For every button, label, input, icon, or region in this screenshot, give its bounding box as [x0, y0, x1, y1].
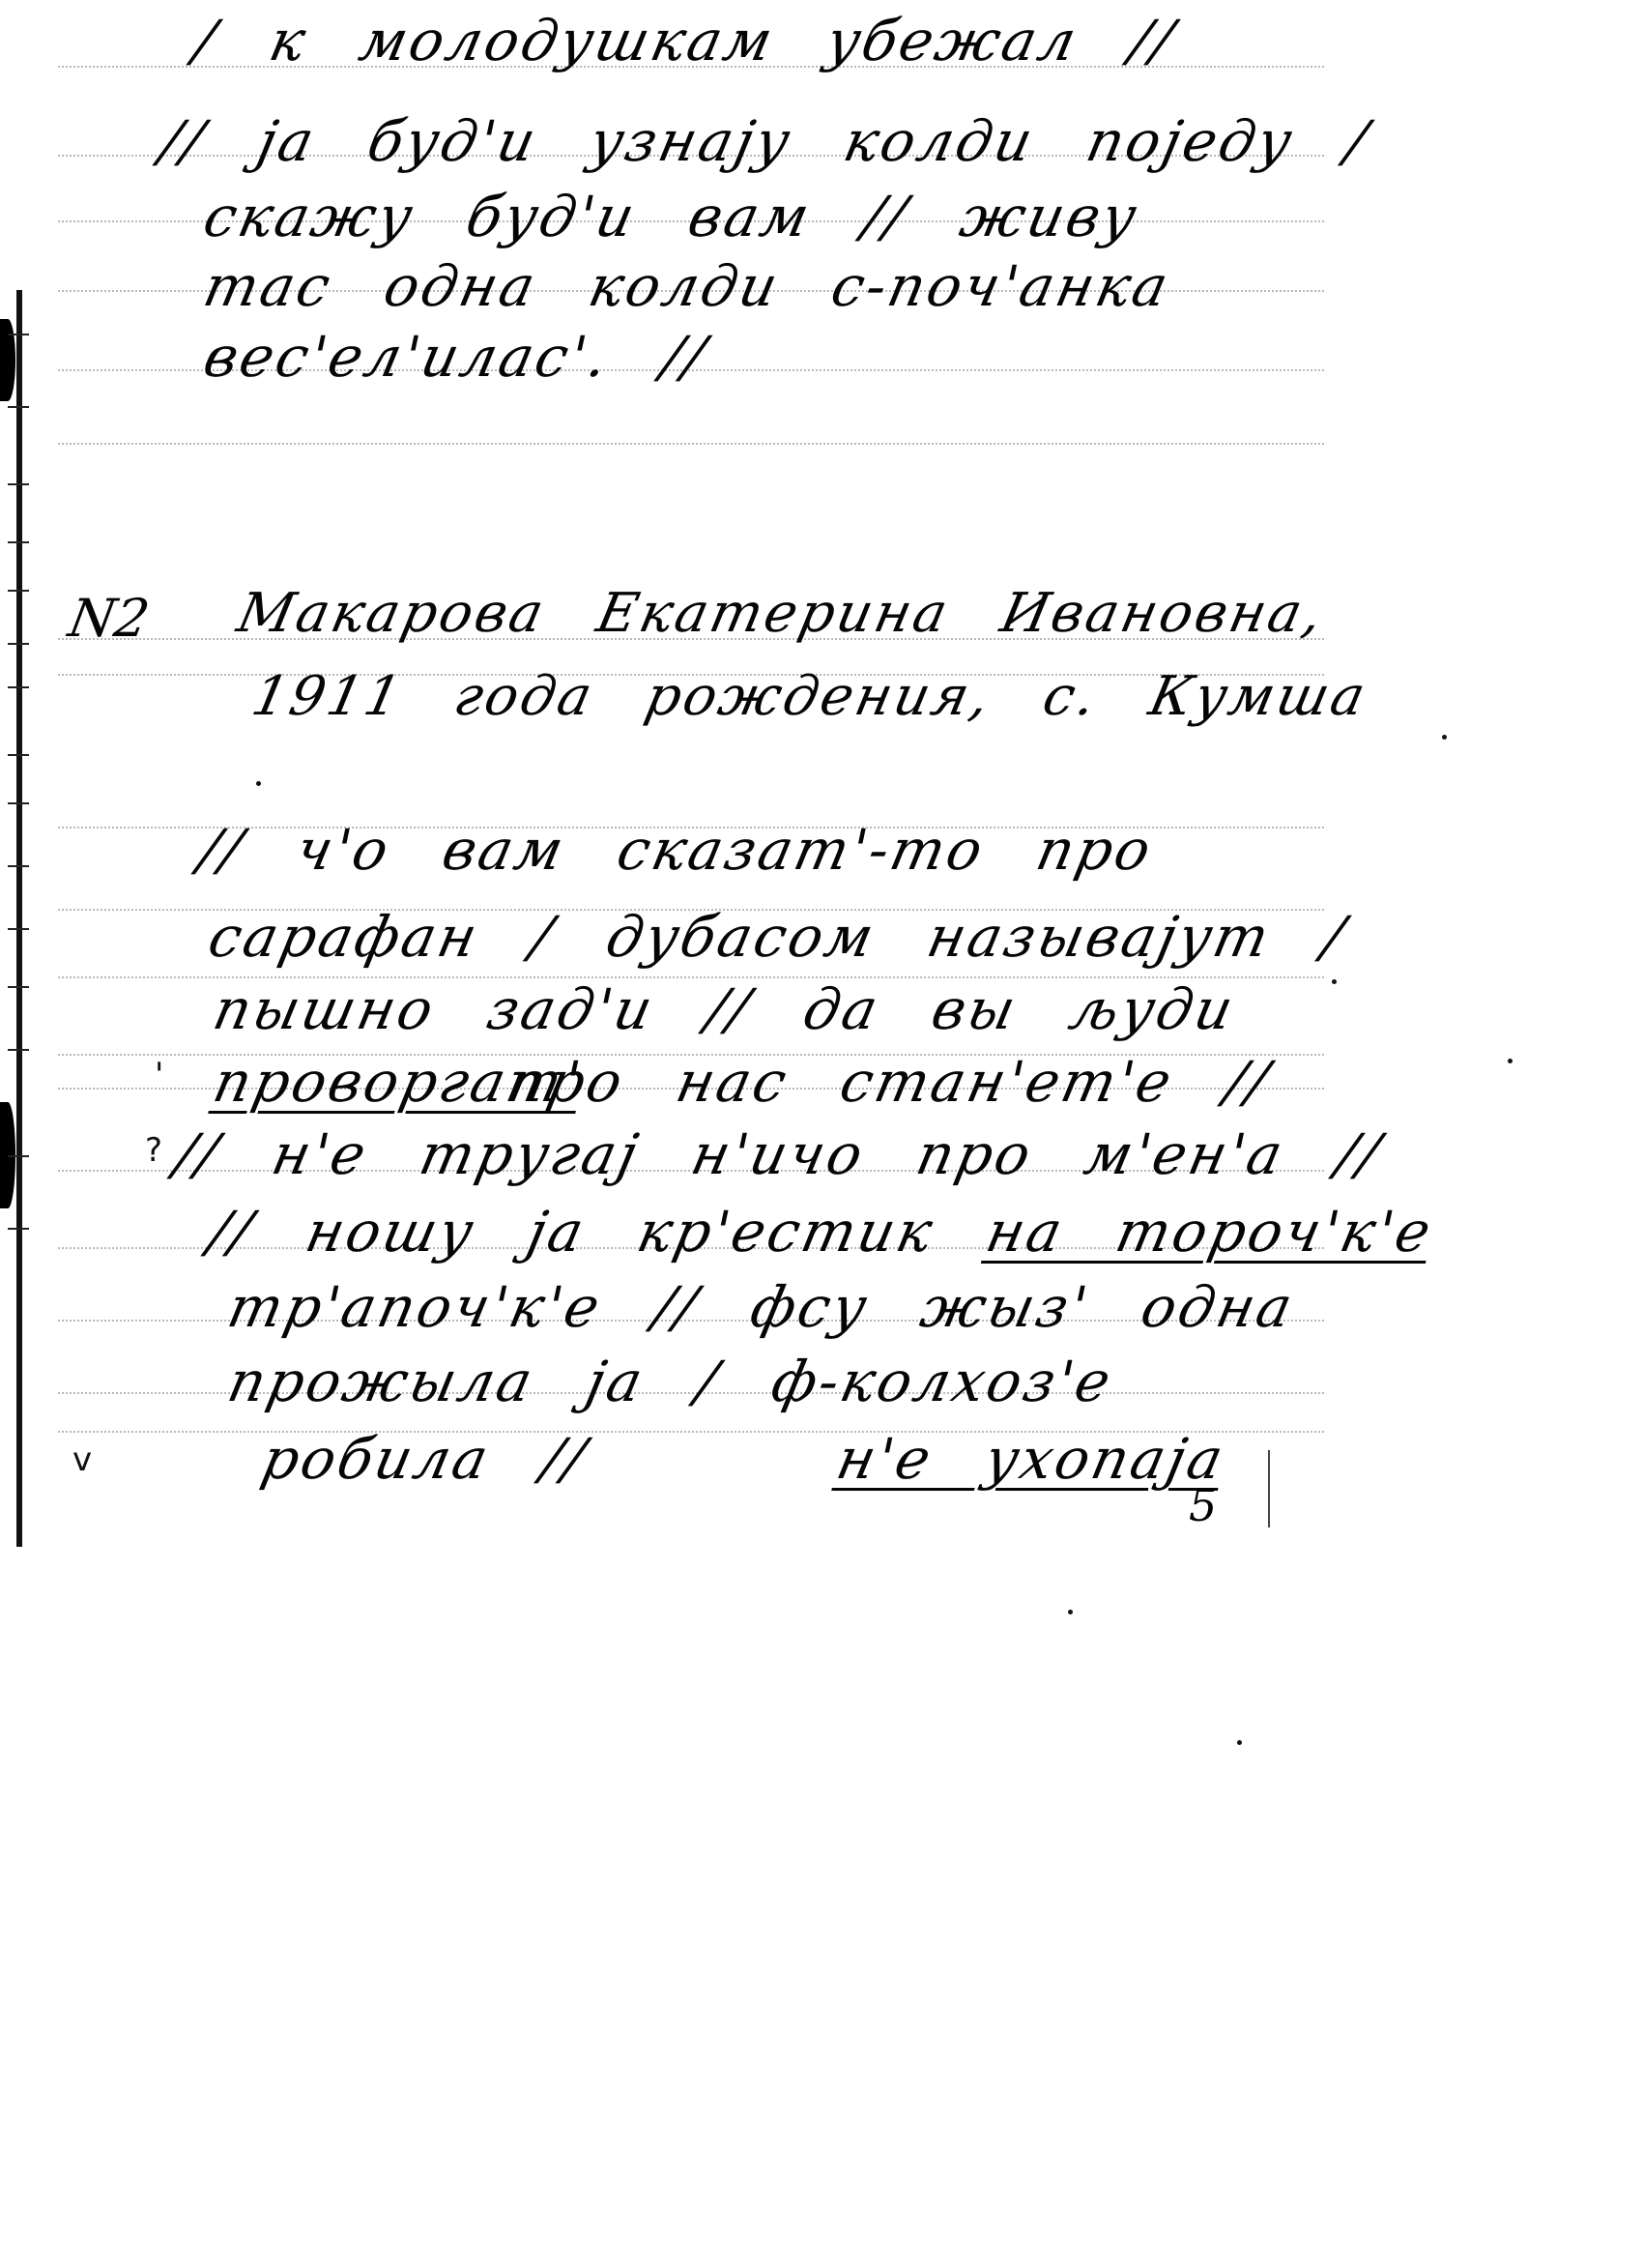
text-line: / к молодушкам убежал //: [188, 8, 1182, 73]
binding-margin: [16, 290, 22, 1547]
text-line: // н'е тругај н'ичо про м'ен'а //: [169, 1121, 1388, 1187]
page-number: 5: [1189, 1479, 1217, 1531]
margin-mark: ?: [145, 1131, 162, 1170]
text-line: // ч'о вам сказат'-то про: [193, 817, 1159, 883]
informant-name: Макарова Екатерина Ивановна,: [232, 582, 1331, 645]
informant-details: 1911 года рождения, с. Кумша: [246, 665, 1373, 728]
text-line: // ја буд'и узнају колди поједу /: [155, 108, 1376, 174]
text-line: н'е ухоnаја: [831, 1426, 1231, 1492]
binding-shadow: [0, 319, 15, 401]
entry-number: N2: [64, 588, 154, 649]
text-line: пышно зад'и // да вы људи: [208, 976, 1242, 1042]
margin-mark: v: [72, 1440, 92, 1479]
text-line: про нас стан'ет'е //: [503, 1049, 1277, 1115]
text-line: прожыла ја / ф-колхоз'е: [222, 1349, 1119, 1414]
text-line: // ношу ја кр'естик на тороч'к'е: [203, 1199, 1439, 1265]
text-line: тр'апоч'к'е // фсу жыз' одна: [222, 1274, 1301, 1340]
underlined-word: на тороч'к'е: [981, 1199, 1440, 1265]
scanned-page: / к молодушкам убежал // // ја буд'и узн…: [0, 0, 1643, 2268]
underlined-word: н'е ухоnаја: [831, 1426, 1231, 1492]
text-line: сарафан / дубасом называјут /: [203, 904, 1353, 970]
text-line: вес'ел'илас'. //: [198, 324, 713, 390]
text-line: тас одна колди с-поч'анка: [198, 253, 1176, 319]
margin-mark: ': [155, 1056, 163, 1094]
text-line: робила //: [256, 1426, 593, 1492]
text-line: скажу буд'и вам // живу: [198, 184, 1145, 249]
